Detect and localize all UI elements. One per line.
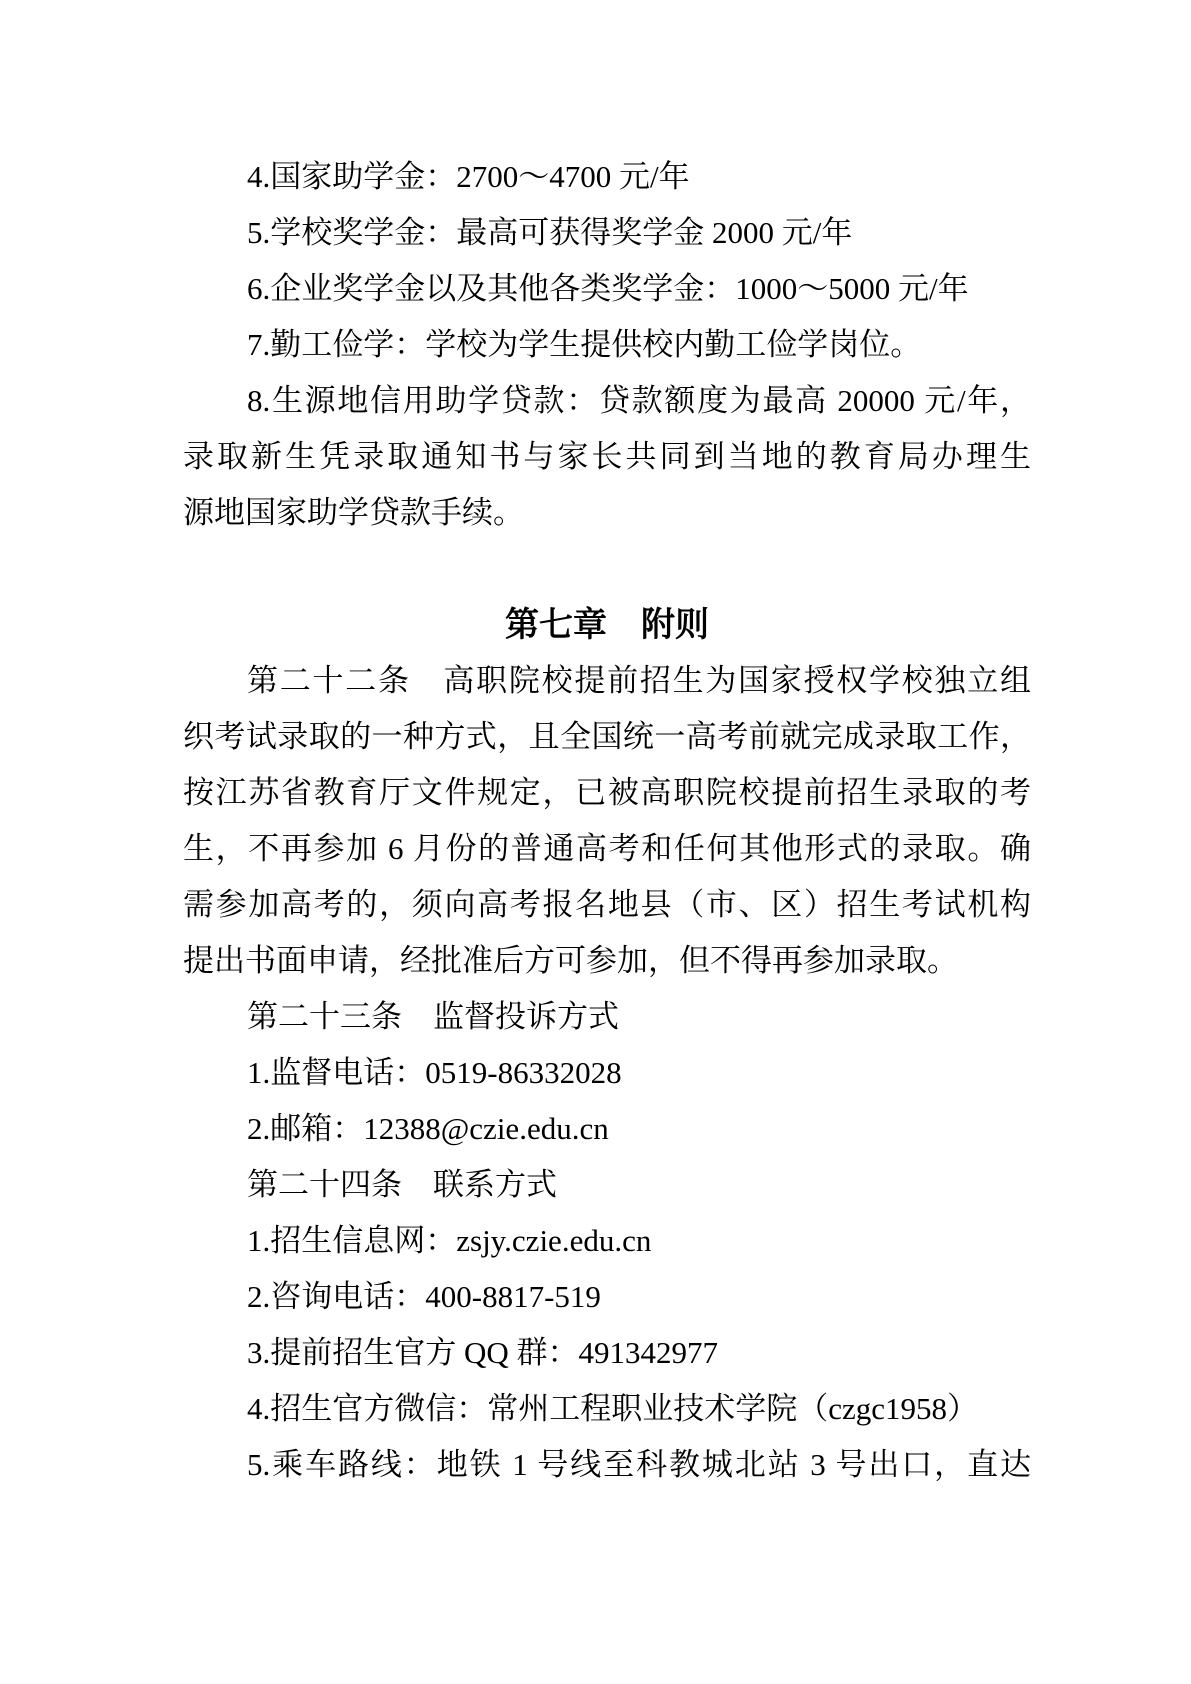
list-item-line: 5.乘车路线：地铁 1 号线至科教城北站 3 号出口，直达 [183, 1437, 1031, 1493]
paragraph-line: 生，不再参加 6 月份的普通高考和任何其他形式的录取。确 [183, 821, 1031, 877]
blank-line [183, 541, 1031, 597]
paragraph-line: 录取新生凭录取通知书与家长共同到当地的教育局办理生 [183, 429, 1031, 485]
list-item-line: 1.监督电话：0519-86332028 [183, 1045, 1031, 1101]
list-item-line: 4.国家助学金：2700～4700 元/年 [183, 149, 1031, 205]
list-item-line: 8.生源地信用助学贷款：贷款额度为最高 20000 元/年， [183, 373, 1031, 429]
document-page: 4.国家助学金：2700～4700 元/年5.学校奖学金：最高可获得奖学金 20… [0, 0, 1191, 1684]
list-item-line: 2.邮箱：12388@czie.edu.cn [183, 1101, 1031, 1157]
paragraph-line: 第二十四条 联系方式 [183, 1157, 1031, 1213]
list-item-line: 2.咨询电话：400-8817-519 [183, 1269, 1031, 1325]
paragraph-line: 需参加高考的，须向高考报名地县（市、区）招生考试机构 [183, 877, 1031, 933]
paragraph-line: 按江苏省教育厅文件规定，已被高职院校提前招生录取的考 [183, 765, 1031, 821]
list-item-line: 4.招生官方微信：常州工程职业技术学院（czgc1958） [183, 1381, 1031, 1437]
chapter-heading: 第七章 附则 [183, 597, 1031, 653]
paragraph-line: 提出书面申请，经批准后方可参加，但不得再参加录取。 [183, 933, 1031, 989]
paragraph-line: 第二十二条 高职院校提前招生为国家授权学校独立组 [183, 653, 1031, 709]
list-item-line: 1.招生信息网：zsjy.czie.edu.cn [183, 1213, 1031, 1269]
document-body: 4.国家助学金：2700～4700 元/年5.学校奖学金：最高可获得奖学金 20… [183, 149, 1031, 1493]
list-item-line: 7.勤工俭学：学校为学生提供校内勤工俭学岗位。 [183, 317, 1031, 373]
list-item-line: 3.提前招生官方 QQ 群：491342977 [183, 1325, 1031, 1381]
paragraph-line: 织考试录取的一种方式，且全国统一高考前就完成录取工作， [183, 709, 1031, 765]
paragraph-line: 源地国家助学贷款手续。 [183, 485, 1031, 541]
list-item-line: 6.企业奖学金以及其他各类奖学金：1000～5000 元/年 [183, 261, 1031, 317]
list-item-line: 5.学校奖学金：最高可获得奖学金 2000 元/年 [183, 205, 1031, 261]
paragraph-line: 第二十三条 监督投诉方式 [183, 989, 1031, 1045]
